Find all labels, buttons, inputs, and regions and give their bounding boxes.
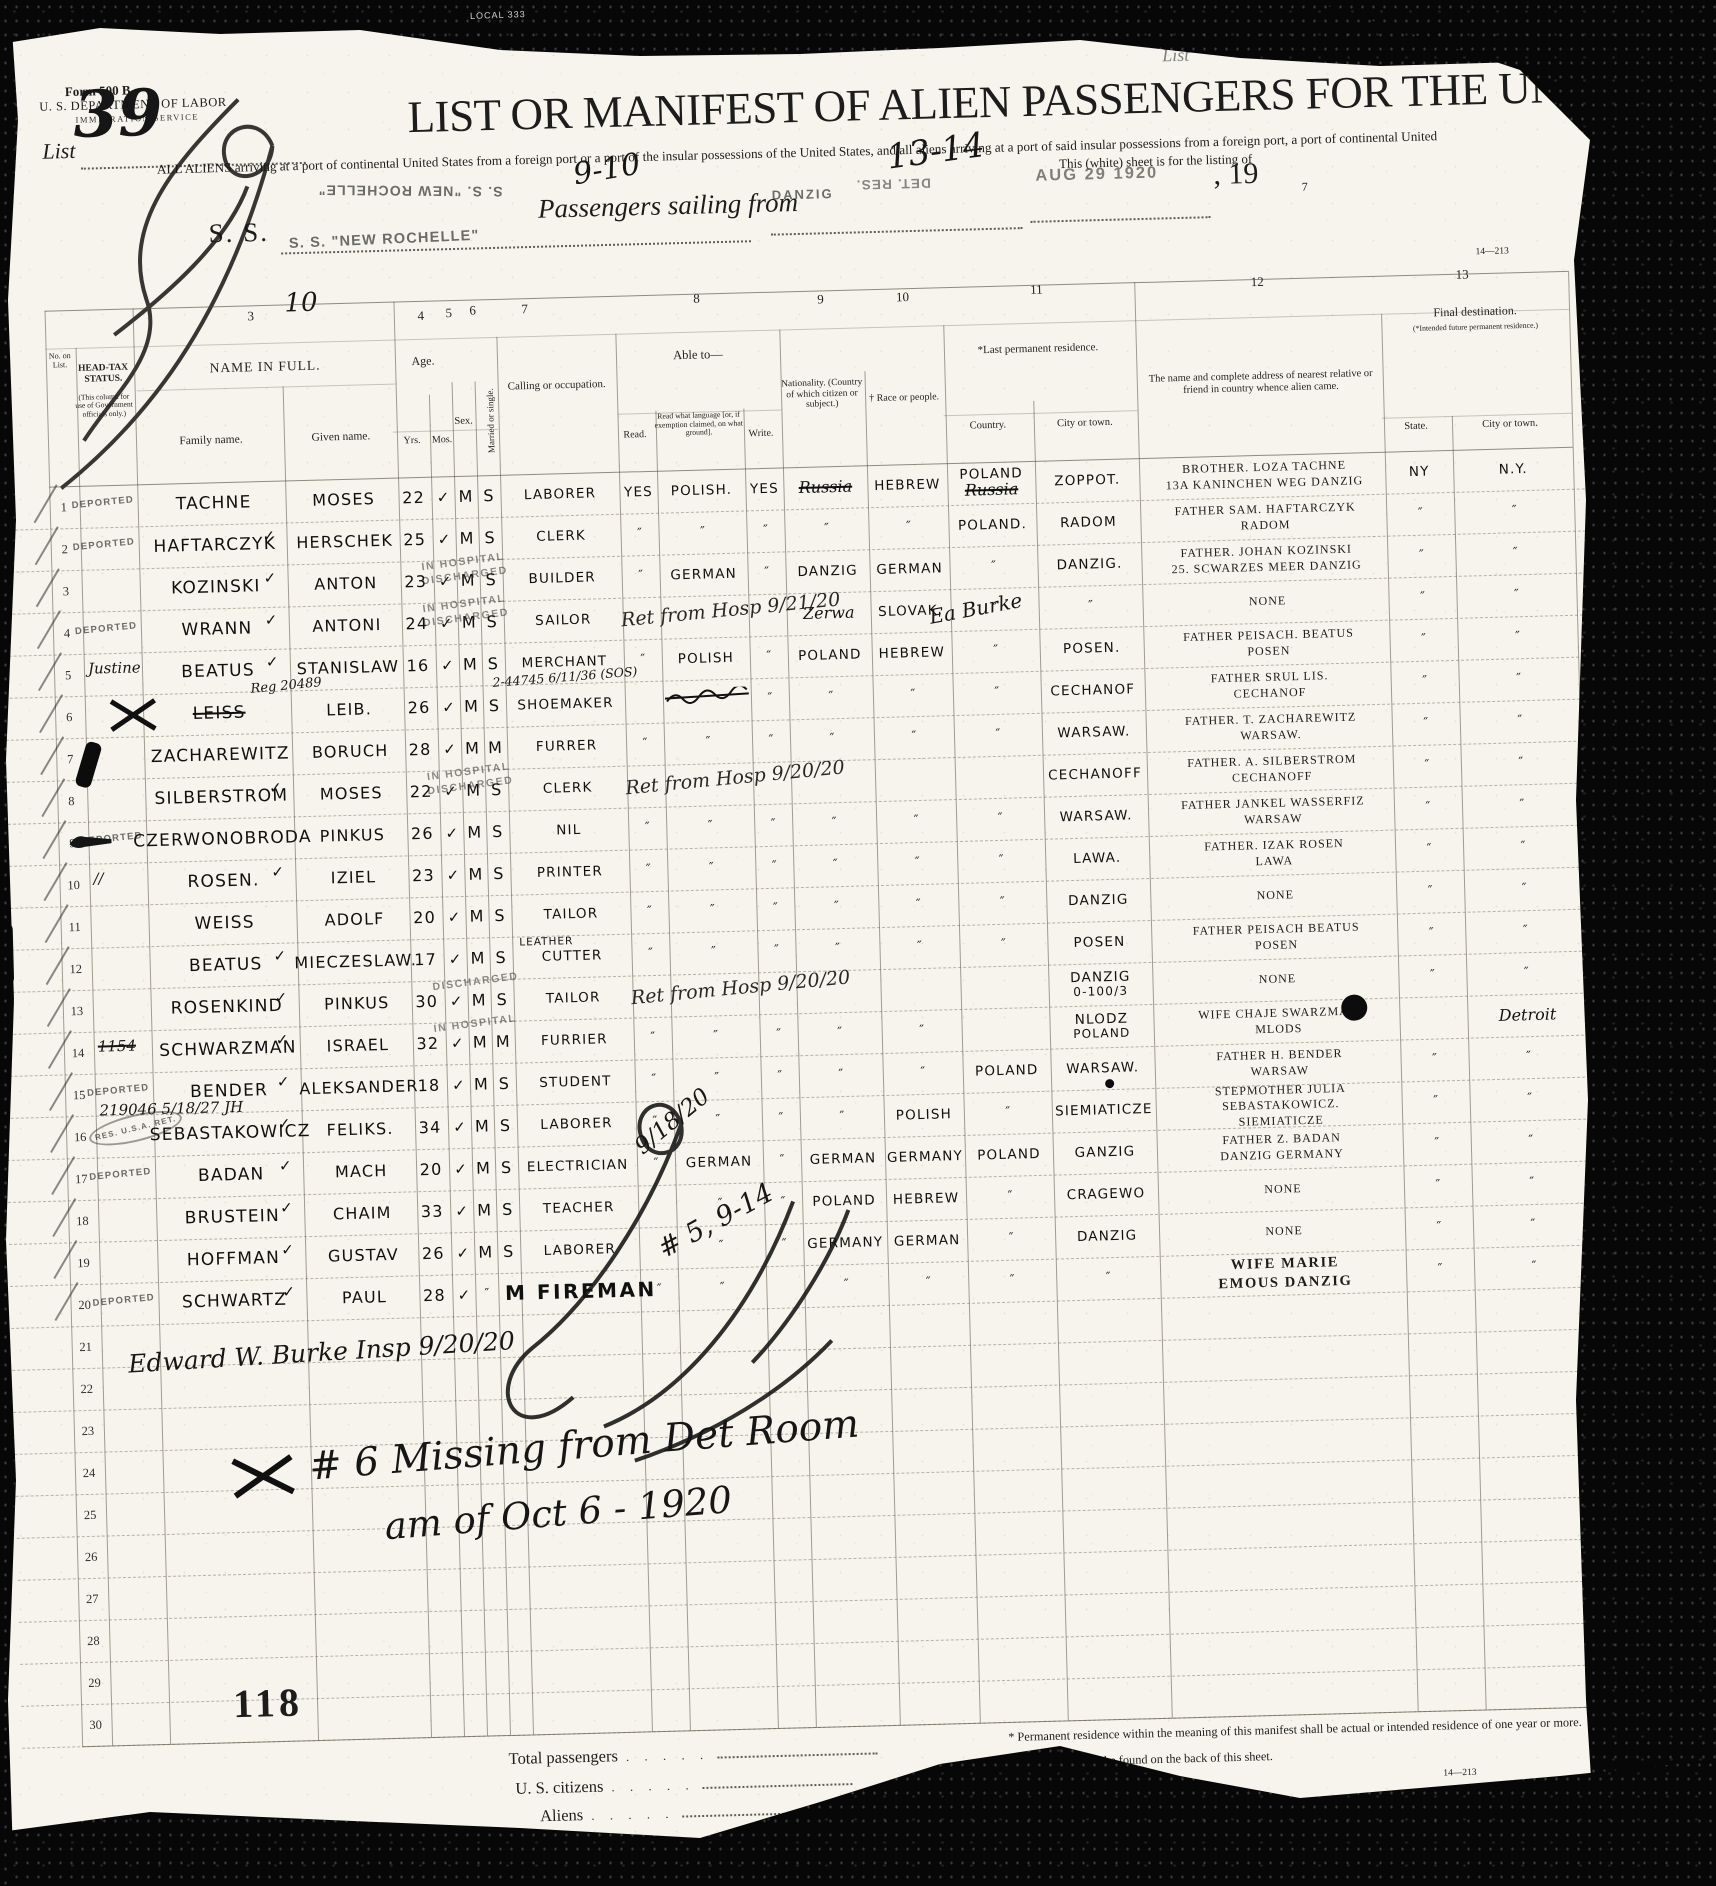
- cell-relative: NONE: [1154, 955, 1401, 1003]
- cell-yrs: 28: [417, 1274, 452, 1317]
- cell-chk: ✓: [433, 518, 456, 561]
- cell-write: ″: [754, 803, 793, 846]
- headtax-script-note: 1154: [98, 1037, 137, 1056]
- cell-state: ″: [1400, 1038, 1469, 1082]
- cell-yrs: 28: [403, 729, 438, 772]
- row-number: 14: [63, 1032, 92, 1075]
- scanned-manifest-page: Form 500 B U. S. DEPARTMENT OF LABOR IMM…: [0, 0, 1716, 1886]
- cell-yrs: 20: [414, 1148, 449, 1191]
- cell-state: ″: [1405, 1206, 1474, 1250]
- cell-chk: ✓: [438, 686, 461, 729]
- cell-read: ″: [629, 849, 668, 892]
- cell-dcity: ″: [1470, 1119, 1591, 1164]
- cell-nat: ″: [784, 507, 869, 551]
- cell-nat: ″: [792, 801, 877, 845]
- cell-state: ″: [1387, 534, 1456, 578]
- headtax-stamp: DEPORTED: [92, 1292, 155, 1309]
- cell-given: PAUL: [308, 1275, 421, 1320]
- cell-mar: S: [486, 811, 510, 854]
- cell-state: ″: [1390, 660, 1459, 704]
- leader-dots: . . . . .: [611, 1777, 695, 1794]
- cell-state: ″: [1402, 1122, 1471, 1166]
- cell-nat: ″: [794, 885, 879, 929]
- cell-city: DANZIG: [1055, 1214, 1160, 1259]
- cell-race: ″: [888, 1261, 969, 1305]
- cell-family: TACHNE: [139, 480, 288, 526]
- occupation-upper-line: LEATHER: [519, 935, 573, 948]
- cell-family: ZACHAREWITZ: [146, 732, 295, 778]
- headtax-script-note: //: [93, 869, 104, 887]
- table-line: [46, 309, 1570, 350]
- row-number: 29: [80, 1662, 109, 1705]
- cell-lang: ″: [667, 846, 756, 890]
- cell-lang: POLISH.: [657, 468, 746, 512]
- cell-relative: FATHER Z. BADANDANZIG GERMANY: [1158, 1123, 1405, 1171]
- row-number: 22: [72, 1368, 101, 1411]
- cell-mar: S: [488, 895, 512, 938]
- cell-state: ″: [1388, 576, 1457, 620]
- cell-state: ″: [1396, 870, 1465, 914]
- cell-country: POLAND: [962, 1049, 1051, 1093]
- cell-read: ″: [628, 807, 667, 850]
- cell-yrs: 26: [405, 813, 440, 856]
- table-line: [944, 410, 1138, 416]
- cell-country: ″: [967, 1217, 1056, 1261]
- headtax-stamp: DEPORTED: [72, 536, 135, 553]
- cell-yrs: 22: [396, 477, 431, 520]
- crossed-out-scribble: [665, 686, 752, 715]
- cell-lang: ″: [664, 720, 753, 764]
- cell-chk: ✓: [442, 854, 465, 897]
- cell-state: ″: [1391, 702, 1460, 746]
- cell-yrs: 23: [406, 855, 441, 898]
- cell-given: ISRAEL: [301, 1023, 414, 1068]
- cell-occ: SHOEMAKER: [506, 682, 626, 727]
- cell-city: CECHANOFF: [1043, 752, 1148, 797]
- cell-family: WEISS: [150, 900, 299, 946]
- headtax-stamp: DEPORTED: [89, 1166, 152, 1183]
- cell-lang: POLISH: [661, 636, 750, 680]
- row-number: 12: [61, 948, 90, 991]
- row-number: 10: [59, 864, 88, 907]
- cell-relative: FATHER PEISACH. BEATUSPOSEN: [1145, 620, 1392, 668]
- cell-family: LEISS: [145, 690, 294, 736]
- cell-dcity: ″: [1455, 531, 1576, 576]
- top-strip-stamp: LOCAL 333: [470, 9, 526, 21]
- cell-state: ″: [1401, 1080, 1470, 1124]
- cell-given: ADOLF: [298, 897, 411, 942]
- cell-dcity: N.Y.: [1453, 447, 1574, 492]
- cell-state: ″: [1392, 744, 1461, 788]
- cell-dcity: ″: [1458, 657, 1579, 702]
- cell-dcity: ″: [1459, 699, 1580, 744]
- cell-state: ″: [1397, 912, 1466, 956]
- table-line: [1382, 413, 1572, 419]
- cell-state: ″: [1406, 1248, 1475, 1292]
- cell-read: YES: [619, 471, 658, 514]
- cell-relative: NONE: [1161, 1207, 1408, 1255]
- headtax-stamp: DEPORTED: [75, 620, 138, 637]
- row-number: 27: [78, 1578, 107, 1621]
- cell-relative: NONE: [1159, 1165, 1406, 1213]
- cell-city: ″: [1056, 1256, 1161, 1301]
- cell-city: ZOPPOT.: [1035, 458, 1140, 503]
- cell-occ: FURRER: [507, 724, 627, 769]
- cell-write: ″: [749, 635, 788, 678]
- cell-dcity: ″: [1457, 615, 1578, 660]
- cell-country: ″: [968, 1259, 1057, 1303]
- cell-occ: SAILOR: [503, 598, 623, 643]
- cell-city: WARSAW.: [1044, 794, 1149, 839]
- cell-relative: NONE: [1152, 871, 1399, 919]
- name-checkmark: ✓: [281, 1240, 295, 1258]
- name-checkmark: ✓: [263, 569, 277, 587]
- row-number: 23: [73, 1410, 102, 1453]
- cell-race: ″: [873, 715, 954, 759]
- cell-race: ″: [882, 1051, 963, 1095]
- name-checkmark: ✓: [266, 653, 280, 671]
- cell-city: NLODZPOLAND: [1049, 1004, 1154, 1049]
- cell-country: ″: [957, 839, 1046, 883]
- manifest-sheet: Form 500 B U. S. DEPARTMENT OF LABOR IMM…: [0, 0, 1716, 1886]
- cell-country: ″: [958, 881, 1047, 925]
- total-blank-line: [717, 1752, 877, 1758]
- x-mark: [111, 694, 156, 735]
- cell-sex: M: [458, 643, 482, 686]
- name-checkmark: ✓: [264, 611, 278, 629]
- cell-nat: ″: [793, 843, 878, 887]
- cell-dcity: ″: [1454, 489, 1575, 534]
- name-checkmark: ✓: [277, 1073, 291, 1091]
- cell-given: PINKUS: [296, 813, 409, 858]
- cell-sex: M: [460, 685, 484, 728]
- cell-city: DANZIG: [1046, 878, 1151, 923]
- cell-dcity: ″: [1468, 1035, 1589, 1080]
- cell-relative: FATHER. JOHAN KOZINSKI25. SCWARZES MEER …: [1143, 536, 1390, 584]
- cell-given: MOSES: [295, 771, 408, 816]
- cell-read: ″: [633, 1017, 672, 1060]
- cell-dcity: ″: [1463, 825, 1584, 870]
- cell-race: GERMANY: [884, 1135, 965, 1179]
- cell-race: ″: [872, 673, 953, 717]
- cell-write: ″: [752, 719, 791, 762]
- name-checkmark: ✓: [269, 779, 283, 797]
- headtax-stamp: DEPORTED: [87, 1082, 150, 1099]
- cell-country: POLANDRussia: [947, 461, 1036, 505]
- cell-yrs: 17: [408, 939, 443, 982]
- cell-dcity: ″: [1465, 909, 1586, 954]
- cell-nat: POLAND: [787, 633, 872, 677]
- cell-country: ″: [949, 545, 1038, 589]
- cell-read: ″: [631, 933, 670, 976]
- cell-state: NY: [1385, 450, 1454, 494]
- cell-relative: FATHER. IZAK ROSENLAWA: [1151, 830, 1398, 878]
- cell-relative: BROTHER. LOZA TACHNE13A KANINCHEN WEG DA…: [1141, 452, 1388, 500]
- row-number: 28: [79, 1620, 108, 1663]
- cell-yrs: 20: [407, 897, 442, 940]
- name-checkmark: ✓: [282, 1282, 296, 1300]
- cell-read: ″: [620, 513, 659, 556]
- cell-yrs: 26: [416, 1232, 451, 1275]
- cell-dcity: ″: [1469, 1077, 1590, 1122]
- cell-country: ″: [963, 1091, 1052, 1135]
- cell-race: HEBREW: [867, 463, 948, 507]
- cell-lang: GERMAN: [659, 552, 748, 596]
- manifest-table: 1TACHNEMOSES22✓MSLABORERYESPOLISH.YESRus…: [0, 0, 1716, 1886]
- cell-given: HERSCHEK: [288, 519, 401, 564]
- headtax-script-note: 219046 5/18/27 JH: [99, 1098, 243, 1120]
- cell-occ: CLERK: [501, 514, 621, 559]
- cell-occ: CLERK: [508, 766, 628, 811]
- total-passengers-label: Total passengers: [508, 1746, 618, 1768]
- cell-nat: ″: [797, 1011, 882, 1055]
- cell-dcity: ″: [1471, 1161, 1592, 1206]
- cell-given: GUSTAV: [307, 1233, 420, 1278]
- headtax-script-note: Justine: [88, 658, 141, 677]
- cell-city: SIEMIATICZE: [1051, 1088, 1156, 1133]
- cell-city: GANZIG: [1052, 1130, 1157, 1175]
- cell-occ: TAILOR: [511, 892, 631, 937]
- aliens-label: Aliens: [540, 1805, 584, 1825]
- cell-city: ″: [1038, 584, 1143, 629]
- cell-write: ″: [756, 887, 795, 930]
- cell-given: MACH: [305, 1149, 418, 1194]
- cell-given: FELIKS.: [304, 1107, 417, 1152]
- cell-given: PINKUS: [300, 981, 413, 1026]
- row-number: 3: [51, 570, 80, 613]
- cell-dcity: Detroit: [1467, 993, 1588, 1038]
- table-line: [617, 409, 781, 414]
- cell-sex: M: [454, 475, 478, 518]
- cell-given: MIECZESLAW.: [299, 939, 412, 984]
- cell-yrs: 18: [411, 1064, 446, 1107]
- name-checkmark: ✓: [279, 1157, 293, 1175]
- cell-yrs: 33: [415, 1190, 450, 1233]
- cell-lang: ″: [671, 1014, 760, 1058]
- cell-race: GERMAN: [887, 1219, 968, 1263]
- cell-race: ″: [868, 505, 949, 549]
- print-code-bottom: 14—213: [1443, 1768, 1477, 1779]
- cell-write: ″: [757, 929, 796, 972]
- cell-sex: M: [465, 895, 489, 938]
- cell-city: POSEN.: [1039, 626, 1144, 671]
- cell-nat: ″: [795, 927, 880, 971]
- cell-chk: ✓: [432, 476, 455, 519]
- cell-city: LAWA.: [1045, 836, 1150, 881]
- cell-relative: WIFE MARIEEMOUS DANZIG: [1162, 1249, 1409, 1297]
- cell-given: ALEKSANDER: [302, 1065, 415, 1110]
- cell-city: POSEN: [1047, 920, 1152, 965]
- cell-city: CRAGEWO: [1054, 1172, 1159, 1217]
- cell-state: ″: [1395, 828, 1464, 872]
- cell-occ: LABORER: [500, 472, 620, 517]
- cell-write: ″: [755, 845, 794, 888]
- cell-race: GERMAN: [869, 547, 950, 591]
- cell-given: BORUCH: [294, 729, 407, 774]
- cell-given: CHAIM: [306, 1191, 419, 1236]
- cell-mar: S: [487, 853, 511, 896]
- cell-write: ″: [750, 677, 789, 720]
- cell-country: POLAND.: [948, 503, 1037, 547]
- cell-city: CECHANOF: [1040, 668, 1145, 713]
- cell-write: ″: [746, 509, 785, 552]
- cell-state: ″: [1394, 786, 1463, 830]
- manicule-hand-icon: [68, 831, 115, 857]
- cell-country: ″: [956, 797, 1045, 841]
- cell-chk: ✓: [444, 938, 467, 981]
- cell-relative: FATHER. A. SILBERSTROMCECHANOFF: [1148, 746, 1395, 794]
- cell-given: MOSES: [287, 478, 400, 523]
- cell-relative: NONE: [1144, 578, 1391, 626]
- row-number: 30: [81, 1704, 110, 1747]
- name-checkmark: ✓: [274, 989, 288, 1007]
- row-number: 6: [55, 696, 84, 739]
- cell-occ: FURRIER: [514, 1018, 634, 1063]
- cell-dcity: ″: [1460, 741, 1581, 786]
- leader-dots: . . . . .: [626, 1747, 710, 1764]
- name-checkmark: ✓: [273, 947, 287, 965]
- cell-dcity: ″: [1472, 1203, 1593, 1248]
- cell-write: YES: [745, 467, 784, 510]
- cell-race: HEBREW: [886, 1177, 967, 1221]
- cell-read: ″: [626, 723, 665, 766]
- cell-family: CZERWONOBRODA: [148, 816, 297, 862]
- row-number: 25: [76, 1494, 105, 1537]
- cell-relative: FATHER. T. ZACHAREWITZWARSAW.: [1147, 704, 1394, 752]
- name-checkmark: ✓: [280, 1199, 294, 1217]
- cell-lang: ″: [669, 930, 758, 974]
- cell-chk: ✓: [441, 812, 464, 855]
- cell-relative: STEPMOTHER JULIA SEBASTAKOWICZ.SIEMIATIC…: [1157, 1081, 1404, 1129]
- cell-race: POLISH: [883, 1093, 964, 1137]
- cell-city: DANZIG.: [1037, 542, 1142, 587]
- row-number: 24: [74, 1452, 103, 1495]
- cell-race: HEBREW: [871, 631, 952, 675]
- cell-occ: TAILOR: [513, 976, 633, 1021]
- row-number: 18: [68, 1200, 97, 1243]
- cell-nat: Russia: [783, 465, 868, 509]
- citizens-blank-line: [703, 1783, 853, 1789]
- cell-state: ″: [1386, 492, 1455, 536]
- cell-country: ″: [953, 713, 1042, 757]
- table-line: [393, 429, 498, 433]
- cell-sex: M: [464, 853, 488, 896]
- cell-relative: FATHER PEISACH BEATUSPOSEN: [1153, 913, 1400, 961]
- cell-occ: NIL: [509, 808, 629, 853]
- cell-nat: ″: [790, 717, 875, 761]
- cell-relative: FATHER SRUL LIS.CECHANOF: [1146, 662, 1393, 710]
- cell-write: ″: [759, 1013, 798, 1056]
- table-line: [137, 384, 396, 392]
- name-checkmark: ✓: [278, 1115, 292, 1133]
- cell-dcity: ″: [1474, 1244, 1595, 1289]
- cell-state: ″: [1398, 954, 1467, 998]
- cell-race: ″: [877, 841, 958, 885]
- cell-relative: FATHER JANKEL WASSERFIZWARSAW: [1150, 788, 1397, 836]
- stamp-118: 118: [232, 1678, 303, 1727]
- asterisk-mark: [230, 1447, 295, 1505]
- cell-mar: S: [477, 475, 501, 518]
- row-number: 21: [71, 1326, 100, 1369]
- us-citizens-label: U. S. citizens: [515, 1777, 603, 1798]
- cell-country: ″: [952, 671, 1041, 715]
- cell-country: ″: [951, 629, 1040, 673]
- cell-lang: ″: [658, 510, 747, 554]
- cell-relative: FATHER SAM. HAFTARCZYKRADOM: [1142, 494, 1389, 542]
- cell-mar: S: [483, 685, 507, 728]
- name-checkmark: ✓: [271, 863, 285, 881]
- cell-city: WARSAW.: [1050, 1046, 1155, 1091]
- row-number: 26: [77, 1536, 106, 1579]
- cell-given: ANTON: [289, 561, 402, 606]
- cell-chk: ✓: [443, 896, 466, 939]
- cell-chk: ✓: [439, 728, 462, 771]
- cell-city: WARSAW.: [1041, 710, 1146, 755]
- cell-country: ″: [966, 1175, 1055, 1219]
- leader-dots: . . . . .: [591, 1806, 675, 1823]
- cell-yrs: 25: [397, 519, 432, 562]
- cell-yrs: 34: [413, 1106, 448, 1149]
- table-line: [45, 271, 1569, 312]
- cell-race: ″: [878, 883, 959, 927]
- cell-occ: BUILDER: [502, 556, 622, 601]
- cell-given: IZIEL: [297, 855, 410, 900]
- row-number: 13: [62, 990, 91, 1033]
- cell-dcity: ″: [1456, 573, 1577, 618]
- cell-read: ″: [630, 891, 669, 934]
- row-number: 11: [60, 906, 89, 949]
- cell-given: LEIB.: [293, 687, 406, 732]
- cell-dcity: ″: [1466, 951, 1587, 996]
- cell-nat: ″: [788, 675, 873, 719]
- cell-city: RADOM: [1036, 500, 1141, 545]
- cell-dcity: ″: [1461, 783, 1582, 828]
- headtax-stamp: DEPORTED: [71, 494, 134, 511]
- cell-state: ″: [1389, 618, 1458, 662]
- cell-country: POLAND: [964, 1133, 1053, 1177]
- cell-yrs: 16: [400, 645, 435, 688]
- cell-dcity: ″: [1464, 867, 1585, 912]
- cell-sex: M: [463, 811, 487, 854]
- cell-occ: PRINTER: [510, 850, 630, 895]
- row-number: 5: [54, 654, 83, 697]
- cell-country: ″: [959, 923, 1048, 967]
- row-number: 19: [69, 1242, 98, 1285]
- cell-race: ″: [876, 799, 957, 843]
- cell-race: ″: [881, 1009, 962, 1053]
- cell-yrs: 26: [402, 687, 437, 730]
- name-checkmark: ✓: [262, 527, 276, 545]
- cell-read: ″: [621, 555, 660, 598]
- name-checkmark: ✓: [275, 1031, 289, 1049]
- cell-race: ″: [879, 925, 960, 969]
- cell-lang: ″: [668, 888, 757, 932]
- cell-city: DANZIG0-100/3: [1048, 962, 1153, 1007]
- cell-nat: DANZIG: [785, 549, 870, 593]
- cell-state: ″: [1403, 1164, 1472, 1208]
- cell-write: ″: [747, 551, 786, 594]
- cell-chk: ✓: [436, 644, 459, 687]
- cell-lang: ″: [666, 804, 755, 848]
- cell-given: ANTONI: [290, 603, 403, 648]
